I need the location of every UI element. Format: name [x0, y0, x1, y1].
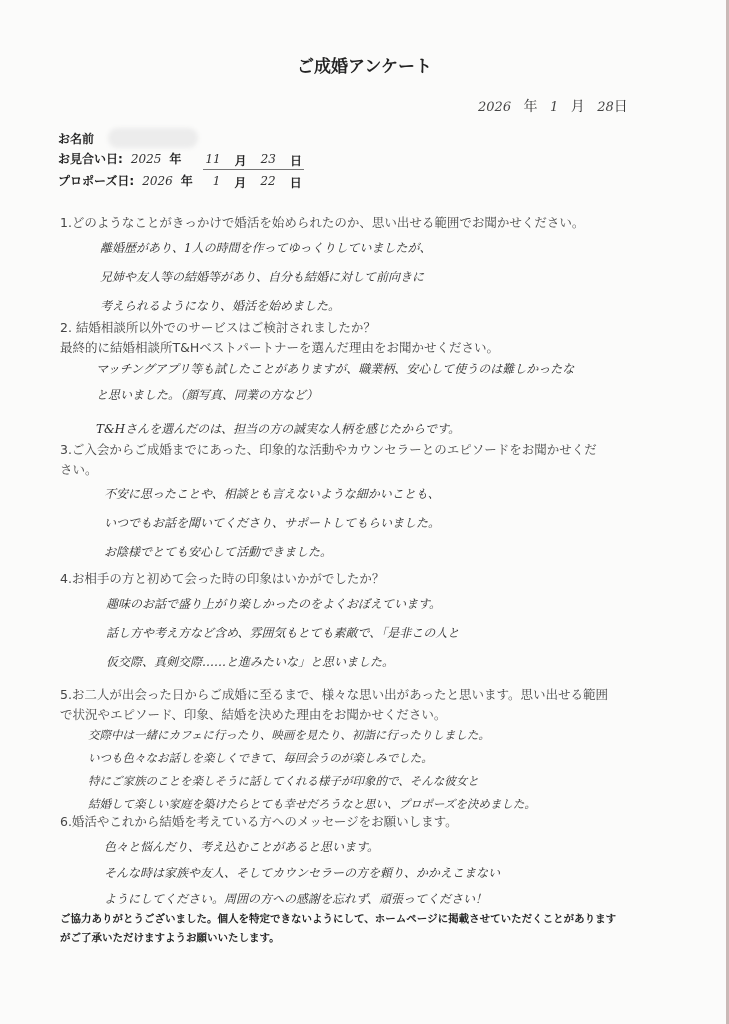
- day-label: 日: [614, 99, 628, 115]
- answer-line: マッチングアプリ等も試したことがありますが、職業柄、安心して使うのは難しかったな: [96, 356, 574, 382]
- month-label: 月: [571, 99, 585, 115]
- answer-4: 趣味のお話で盛り上がり楽しかったのをよくおぼえています。 話し方や考え方など含め…: [106, 590, 459, 677]
- footer-line: ご協力ありがとうございました。個人を特定できないようにして、ホームページに掲載さ…: [60, 910, 700, 929]
- answer-line: と思いました。（顔写真、同業の方など）: [96, 382, 574, 408]
- question-4: 4.お相手の方と初めて会った時の印象はいかがでしたか？: [60, 569, 680, 589]
- answer-line: 離婚歴があり、1人の時間を作ってゆっくりしていましたが、: [100, 234, 432, 263]
- proposal-month-label: 月: [234, 174, 246, 191]
- answer-line: いつでもお話を聞いてくださり、サポートしてもらいました。: [104, 509, 440, 538]
- meeting-label: お見合い日:: [58, 150, 123, 167]
- answer-line: 交際中は一緒にカフェに行ったり、映画を見たり、初詣に行ったりしました。: [88, 724, 536, 747]
- meeting-month-day: 11 月 23 日: [203, 152, 304, 170]
- answer-line: お陰様でとても安心して活動できました。: [104, 538, 440, 567]
- question-6: 6.婚活やこれから結婚を考えている方へのメッセージをお願いします。: [60, 812, 680, 832]
- date-month: 1: [550, 100, 558, 115]
- answer-line: 不安に思ったことや、相談とも言えないような細かいことも、: [104, 480, 440, 509]
- answer-line: 特にご家族のことを楽しそうに話してくれる様子が印象的で、そんな彼女と: [88, 770, 536, 793]
- question-text: 6.婚活やこれから結婚を考えている方へのメッセージをお願いします。: [60, 812, 680, 832]
- proposal-year-label: 年: [181, 172, 193, 189]
- answer-line: そんな時は家族や友人、そしてカウンセラーの方を頼り、かかえこまない: [104, 860, 500, 886]
- page-title: ご成婚アンケート: [0, 52, 729, 77]
- proposal-date-row: プロポーズ日: 2026 年 1 月 22 日: [58, 172, 304, 191]
- year-label: 年: [524, 99, 538, 115]
- answer-line: 趣味のお話で盛り上がり楽しかったのをよくおぼえています。: [106, 590, 459, 619]
- question-text: 最終的に結婚相談所T&Hベストパートナーを選んだ理由をお聞かせください。: [60, 338, 680, 358]
- proposal-year: 2026: [142, 174, 173, 188]
- meeting-year-label: 年: [169, 150, 181, 167]
- meeting-month: 11: [205, 152, 220, 169]
- meeting-year: 2025: [131, 152, 162, 166]
- date-year: 2026: [478, 100, 511, 115]
- footer-line: がご了承いただけますようお願いいたします。: [60, 929, 700, 948]
- meeting-day-label: 日: [290, 152, 302, 169]
- footer-note: ご協力ありがとうございました。個人を特定できないようにして、ホームページに掲載さ…: [60, 910, 700, 948]
- answer-line: T&Hさんを選んだのは、担当の方の誠実な人柄を感じたからです。: [96, 416, 574, 442]
- answer-5: 交際中は一緒にカフェに行ったり、映画を見たり、初詣に行ったりしました。 いつも色…: [88, 724, 536, 816]
- answer-line: 兄姉や友人等の結婚等があり、自分も結婚に対して前向きに: [100, 263, 432, 292]
- date-day: 28: [597, 100, 614, 115]
- question-text: 5.お二人が出会った日からご成婚に至るまで、様々な思い出があったと思います。思い…: [60, 685, 680, 705]
- answer-line: ようにしてください。周囲の方への感謝を忘れず、頑張ってください！: [104, 886, 500, 912]
- proposal-month-day: 1 月 22 日: [211, 174, 304, 191]
- meeting-date-row: お見合い日: 2025 年 11 月 23 日: [58, 150, 304, 170]
- answer-1: 離婚歴があり、1人の時間を作ってゆっくりしていましたが、 兄姉や友人等の結婚等が…: [100, 234, 432, 321]
- answer-line: 話し方や考え方など含め、雰囲気もとても素敵で、「是非この人と: [106, 619, 459, 648]
- meeting-month-label: 月: [235, 152, 247, 169]
- question-text: で状況やエピソード、印象、結婚を決めた理由をお聞かせください。: [60, 705, 680, 725]
- question-text: 1.どのようなことがきっかけで婚活を始められたのか、思い出せる範囲でお聞かせくだ…: [60, 213, 680, 233]
- name-row: お名前: [58, 128, 198, 148]
- question-text: 2. 結婚相談所以外でのサービスはご検討されましたか？: [60, 318, 680, 338]
- question-1: 1.どのようなことがきっかけで婚活を始められたのか、思い出せる範囲でお聞かせくだ…: [60, 213, 680, 233]
- redacted-name: [108, 128, 198, 148]
- answer-line: 考えられるようになり、婚活を始めました。: [100, 292, 432, 321]
- proposal-day-label: 日: [290, 174, 302, 191]
- proposal-month: 1: [213, 174, 221, 191]
- answer-6: 色々と悩んだり、考え込むことがあると思います。 そんな時は家族や友人、そしてカウ…: [104, 834, 500, 912]
- answer-line: いつも色々なお話しを楽しくできて、毎回会うのが楽しみでした。: [88, 747, 536, 770]
- question-text: さい。: [60, 460, 680, 480]
- proposal-label: プロポーズ日:: [58, 172, 134, 189]
- question-3: 3.ご入会からご成婚までにあった、印象的な活動やカウンセラーとのエピソードをお聞…: [60, 440, 680, 480]
- name-label: お名前: [58, 130, 94, 147]
- survey-date: 2026 年 1 月 28日: [478, 96, 636, 116]
- answer-line: 色々と悩んだり、考え込むことがあると思います。: [104, 834, 500, 860]
- answer-line: 仮交際、真剣交際……と進みたいな」と思いました。: [106, 648, 459, 677]
- proposal-day: 22: [260, 174, 275, 191]
- question-text: 4.お相手の方と初めて会った時の印象はいかがでしたか？: [60, 569, 680, 589]
- meeting-day: 23: [261, 152, 276, 169]
- answer-2: マッチングアプリ等も試したことがありますが、職業柄、安心して使うのは難しかったな…: [96, 356, 574, 442]
- question-5: 5.お二人が出会った日からご成婚に至るまで、様々な思い出があったと思います。思い…: [60, 685, 680, 725]
- question-text: 3.ご入会からご成婚までにあった、印象的な活動やカウンセラーとのエピソードをお聞…: [60, 440, 680, 460]
- question-2: 2. 結婚相談所以外でのサービスはご検討されましたか？ 最終的に結婚相談所T&H…: [60, 318, 680, 358]
- answer-3: 不安に思ったことや、相談とも言えないような細かいことも、 いつでもお話を聞いてく…: [104, 480, 440, 567]
